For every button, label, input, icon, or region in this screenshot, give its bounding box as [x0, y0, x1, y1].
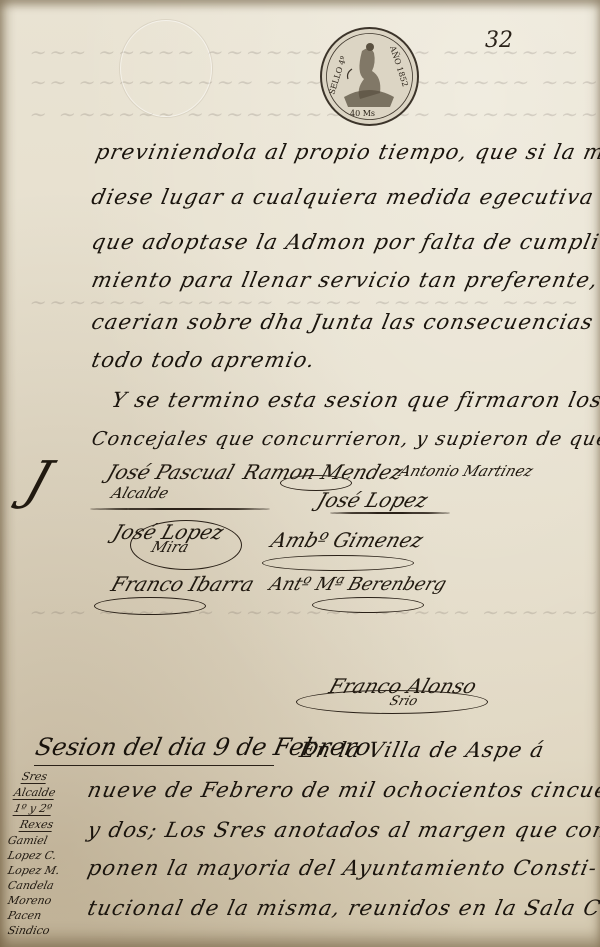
- signature: Franco Ibarra: [108, 572, 257, 596]
- text-line: y dos; Los Sres anotados al margen que c…: [85, 818, 600, 842]
- margin-note: Sres: [21, 770, 49, 784]
- signature-flourish: [130, 520, 242, 570]
- margin-note: Rexes: [19, 818, 55, 832]
- signature-underline: [90, 508, 270, 510]
- margin-note: 1º y 2º: [13, 802, 54, 816]
- text-line: caerian sobre dha Junta las consecuencia…: [89, 310, 600, 334]
- signature-flourish: [94, 597, 206, 615]
- signature: Antonio Martinez: [397, 462, 535, 480]
- signature-title: Alcalde: [109, 484, 171, 502]
- page-number: 32: [485, 28, 513, 53]
- signature: José Lopez: [314, 488, 431, 512]
- text-line: nueve de Febrero de mil ochocientos cinc…: [85, 778, 600, 802]
- signature-flourish: [312, 597, 424, 613]
- margin-note: Candela: [7, 879, 55, 892]
- margin-note: Lopez C.: [7, 849, 58, 862]
- signature: Ambº Gimenez: [268, 528, 426, 552]
- margin-note: Sindico: [7, 924, 51, 937]
- text-line: ponen la mayoria del Ayuntamiento Consti…: [85, 856, 599, 880]
- embossed-seal: [120, 20, 212, 117]
- text-line: tucional de la misma, reunidos en la Sal…: [85, 896, 600, 920]
- margin-note: Pacen: [7, 909, 43, 922]
- margin-note: Moreno: [7, 894, 53, 907]
- signature: José Pascual: [104, 460, 237, 484]
- margin-note: Gamiel: [7, 834, 49, 847]
- bleed-through-text: ~ ~~~~~~ ~~~~~~~~ ~~~~ ~~~~~~~~: [27, 102, 600, 126]
- tax-stamp-seal: SELLO 4º AÑO 1852 40 Ms: [320, 27, 419, 126]
- manuscript-page: ~~~ ~~~~~ ~~~~~~~ ~~~~ ~~~~~~~ ~~ ~~~~~~…: [0, 0, 600, 947]
- text-line: diese lugar a cualquiera medida egecutiv…: [89, 185, 596, 209]
- text-line: previniendola al propio tiempo, que si l…: [93, 140, 600, 164]
- svg-text:SELLO 4º: SELLO 4º: [327, 55, 348, 96]
- stamp-value: 40 Ms: [350, 109, 375, 118]
- signature: Antº Mª Berenberg: [267, 574, 450, 595]
- margin-note: Alcalde: [13, 786, 57, 800]
- text-line: que adoptase la Admon por falta de cumpl…: [89, 230, 600, 254]
- text-line: Concejales que concurrieron, y supieron …: [90, 428, 600, 450]
- svg-text:AÑO 1852: AÑO 1852: [388, 44, 410, 88]
- signature-flourish-j: J: [20, 455, 58, 507]
- signature-title: Srio: [388, 694, 420, 709]
- margin-note: Lopez M.: [7, 864, 61, 877]
- text-line: Y se termino esta sesion que firmaron lo…: [109, 388, 600, 412]
- text-line: todo todo apremio.: [89, 348, 317, 372]
- bleed-through-text: ~~ ~~~~~~~~~ ~~~~~~ ~~~~~~~ ~~~: [27, 70, 600, 94]
- signature-underline: [330, 512, 450, 514]
- text-line: En la Villa de Aspe á: [297, 738, 546, 762]
- text-line: miento para llenar servicio tan preferen…: [89, 268, 600, 292]
- signature-flourish: [262, 555, 414, 571]
- heading-underline: [34, 765, 274, 766]
